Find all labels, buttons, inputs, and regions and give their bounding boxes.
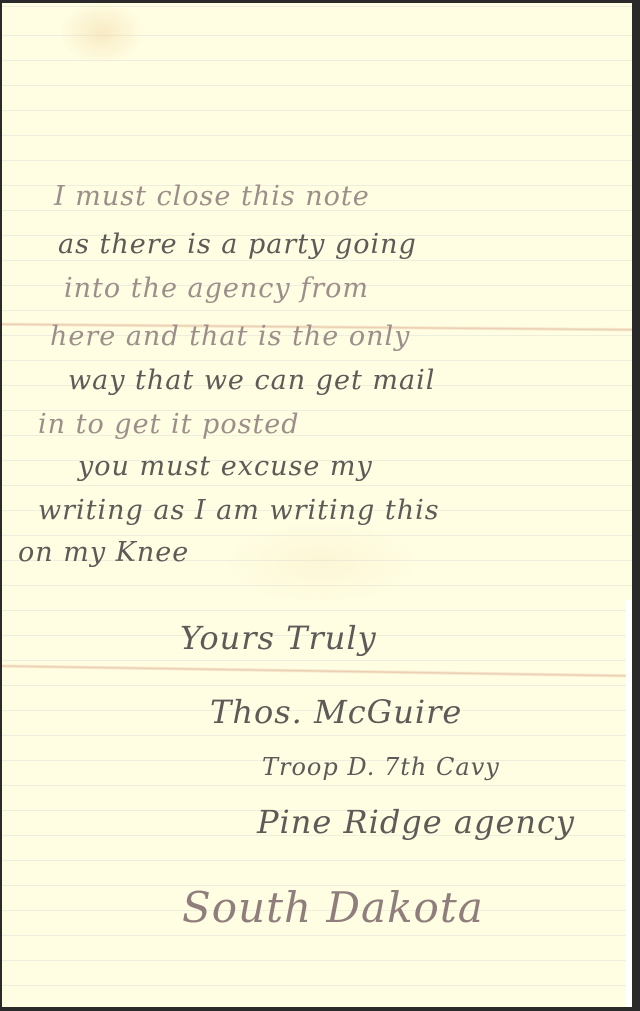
letter-line: I must close this note — [54, 181, 370, 212]
letter-line: here and that is the only — [50, 321, 410, 352]
letter-page: I must close this note as there is a par… — [2, 3, 634, 1007]
letter-line: as there is a party going — [58, 229, 417, 260]
letter-line: you must excuse my — [78, 451, 373, 482]
letter-line: writing as I am writing this — [38, 495, 440, 526]
signature-unit: Troop D. 7th Cavy — [262, 753, 500, 781]
letter-closing: Yours Truly — [180, 619, 377, 657]
letter-line: way that we can get mail — [68, 365, 435, 396]
letter-line: into the agency from — [64, 273, 369, 304]
signature-name: Thos. McGuire — [210, 693, 462, 731]
scan-border — [632, 0, 640, 1011]
letter-line: in to get it posted — [38, 409, 300, 440]
signature-state: South Dakota — [182, 883, 484, 932]
letter-line: on my Knee — [18, 537, 189, 568]
paper-crease — [2, 664, 634, 678]
signature-location: Pine Ridge agency — [257, 803, 575, 841]
